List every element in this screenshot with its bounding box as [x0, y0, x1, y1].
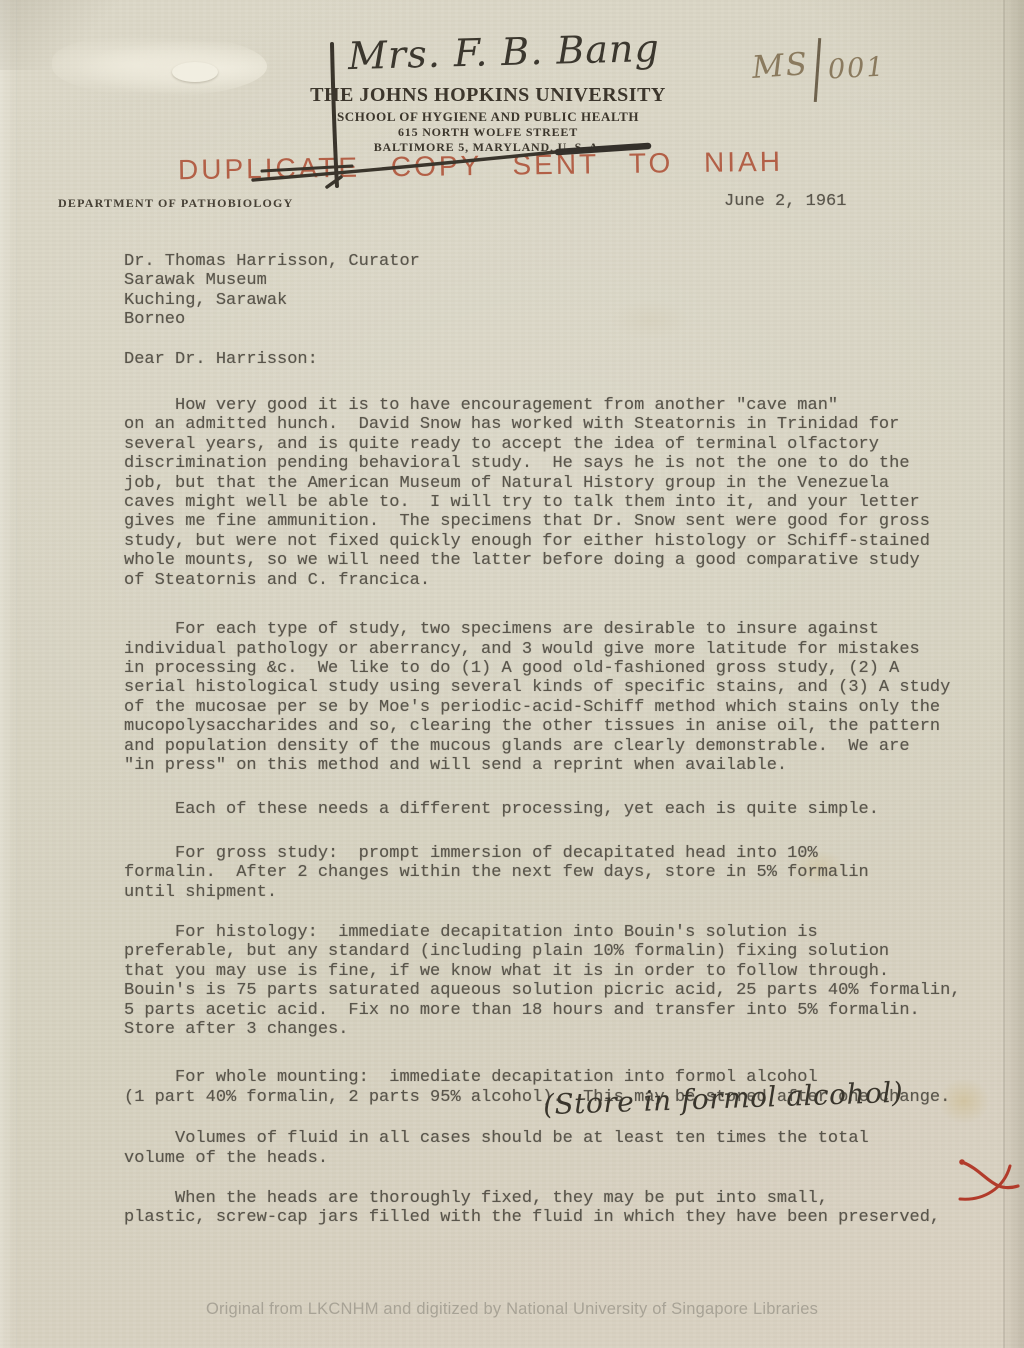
paper-edge-left	[0, 0, 17, 1348]
paper-edge-right	[1002, 0, 1024, 1348]
digitization-credit: Original from LKCNHM and digitized by Na…	[0, 1300, 1024, 1319]
paragraph: When the heads are thoroughly fixed, the…	[124, 1189, 961, 1228]
paragraph: Each of these needs a different processi…	[124, 800, 961, 819]
letter-date: June 2, 1961	[724, 192, 846, 211]
paragraph: How very good it is to have encouragemen…	[124, 396, 961, 590]
handwritten-recipient-name: Mrs. F. B. Bang	[347, 26, 660, 78]
letterhead: THE JOHNS HOPKINS UNIVERSITY SCHOOL OF H…	[288, 84, 688, 154]
school-name: SCHOOL OF HYGIENE AND PUBLIC HEALTH	[288, 110, 688, 124]
street-address: 615 NORTH WOLFE STREET	[288, 126, 688, 139]
paragraph: For each type of study, two specimens ar…	[124, 620, 961, 775]
paragraph: Volumes of fluid in all cases should be …	[124, 1129, 961, 1168]
duplicate-copy-note: DUPLICATE COPY SENT TO NIAH	[178, 146, 783, 186]
scanned-letter-page: Mrs. F. B. Bang MS 001 THE JOHNS HOPKINS…	[0, 0, 1024, 1348]
paragraph: For histology: immediate decapitation in…	[124, 923, 961, 1039]
paper-crease	[1003, 0, 1005, 1348]
recipient-address: Dr. Thomas Harrisson, Curator Sarawak Mu…	[124, 252, 961, 330]
salutation: Dear Dr. Harrisson:	[124, 350, 961, 369]
paper-tear	[52, 34, 267, 96]
paper-tear-chip	[172, 62, 218, 82]
catalog-prefix: MS	[751, 46, 810, 86]
department-label: DEPARTMENT OF PATHOBIOLOGY	[58, 196, 293, 211]
paragraph: For gross study: prompt immersion of dec…	[124, 844, 961, 902]
university-name: THE JOHNS HOPKINS UNIVERSITY	[288, 84, 688, 106]
catalog-number: 001	[827, 52, 886, 86]
